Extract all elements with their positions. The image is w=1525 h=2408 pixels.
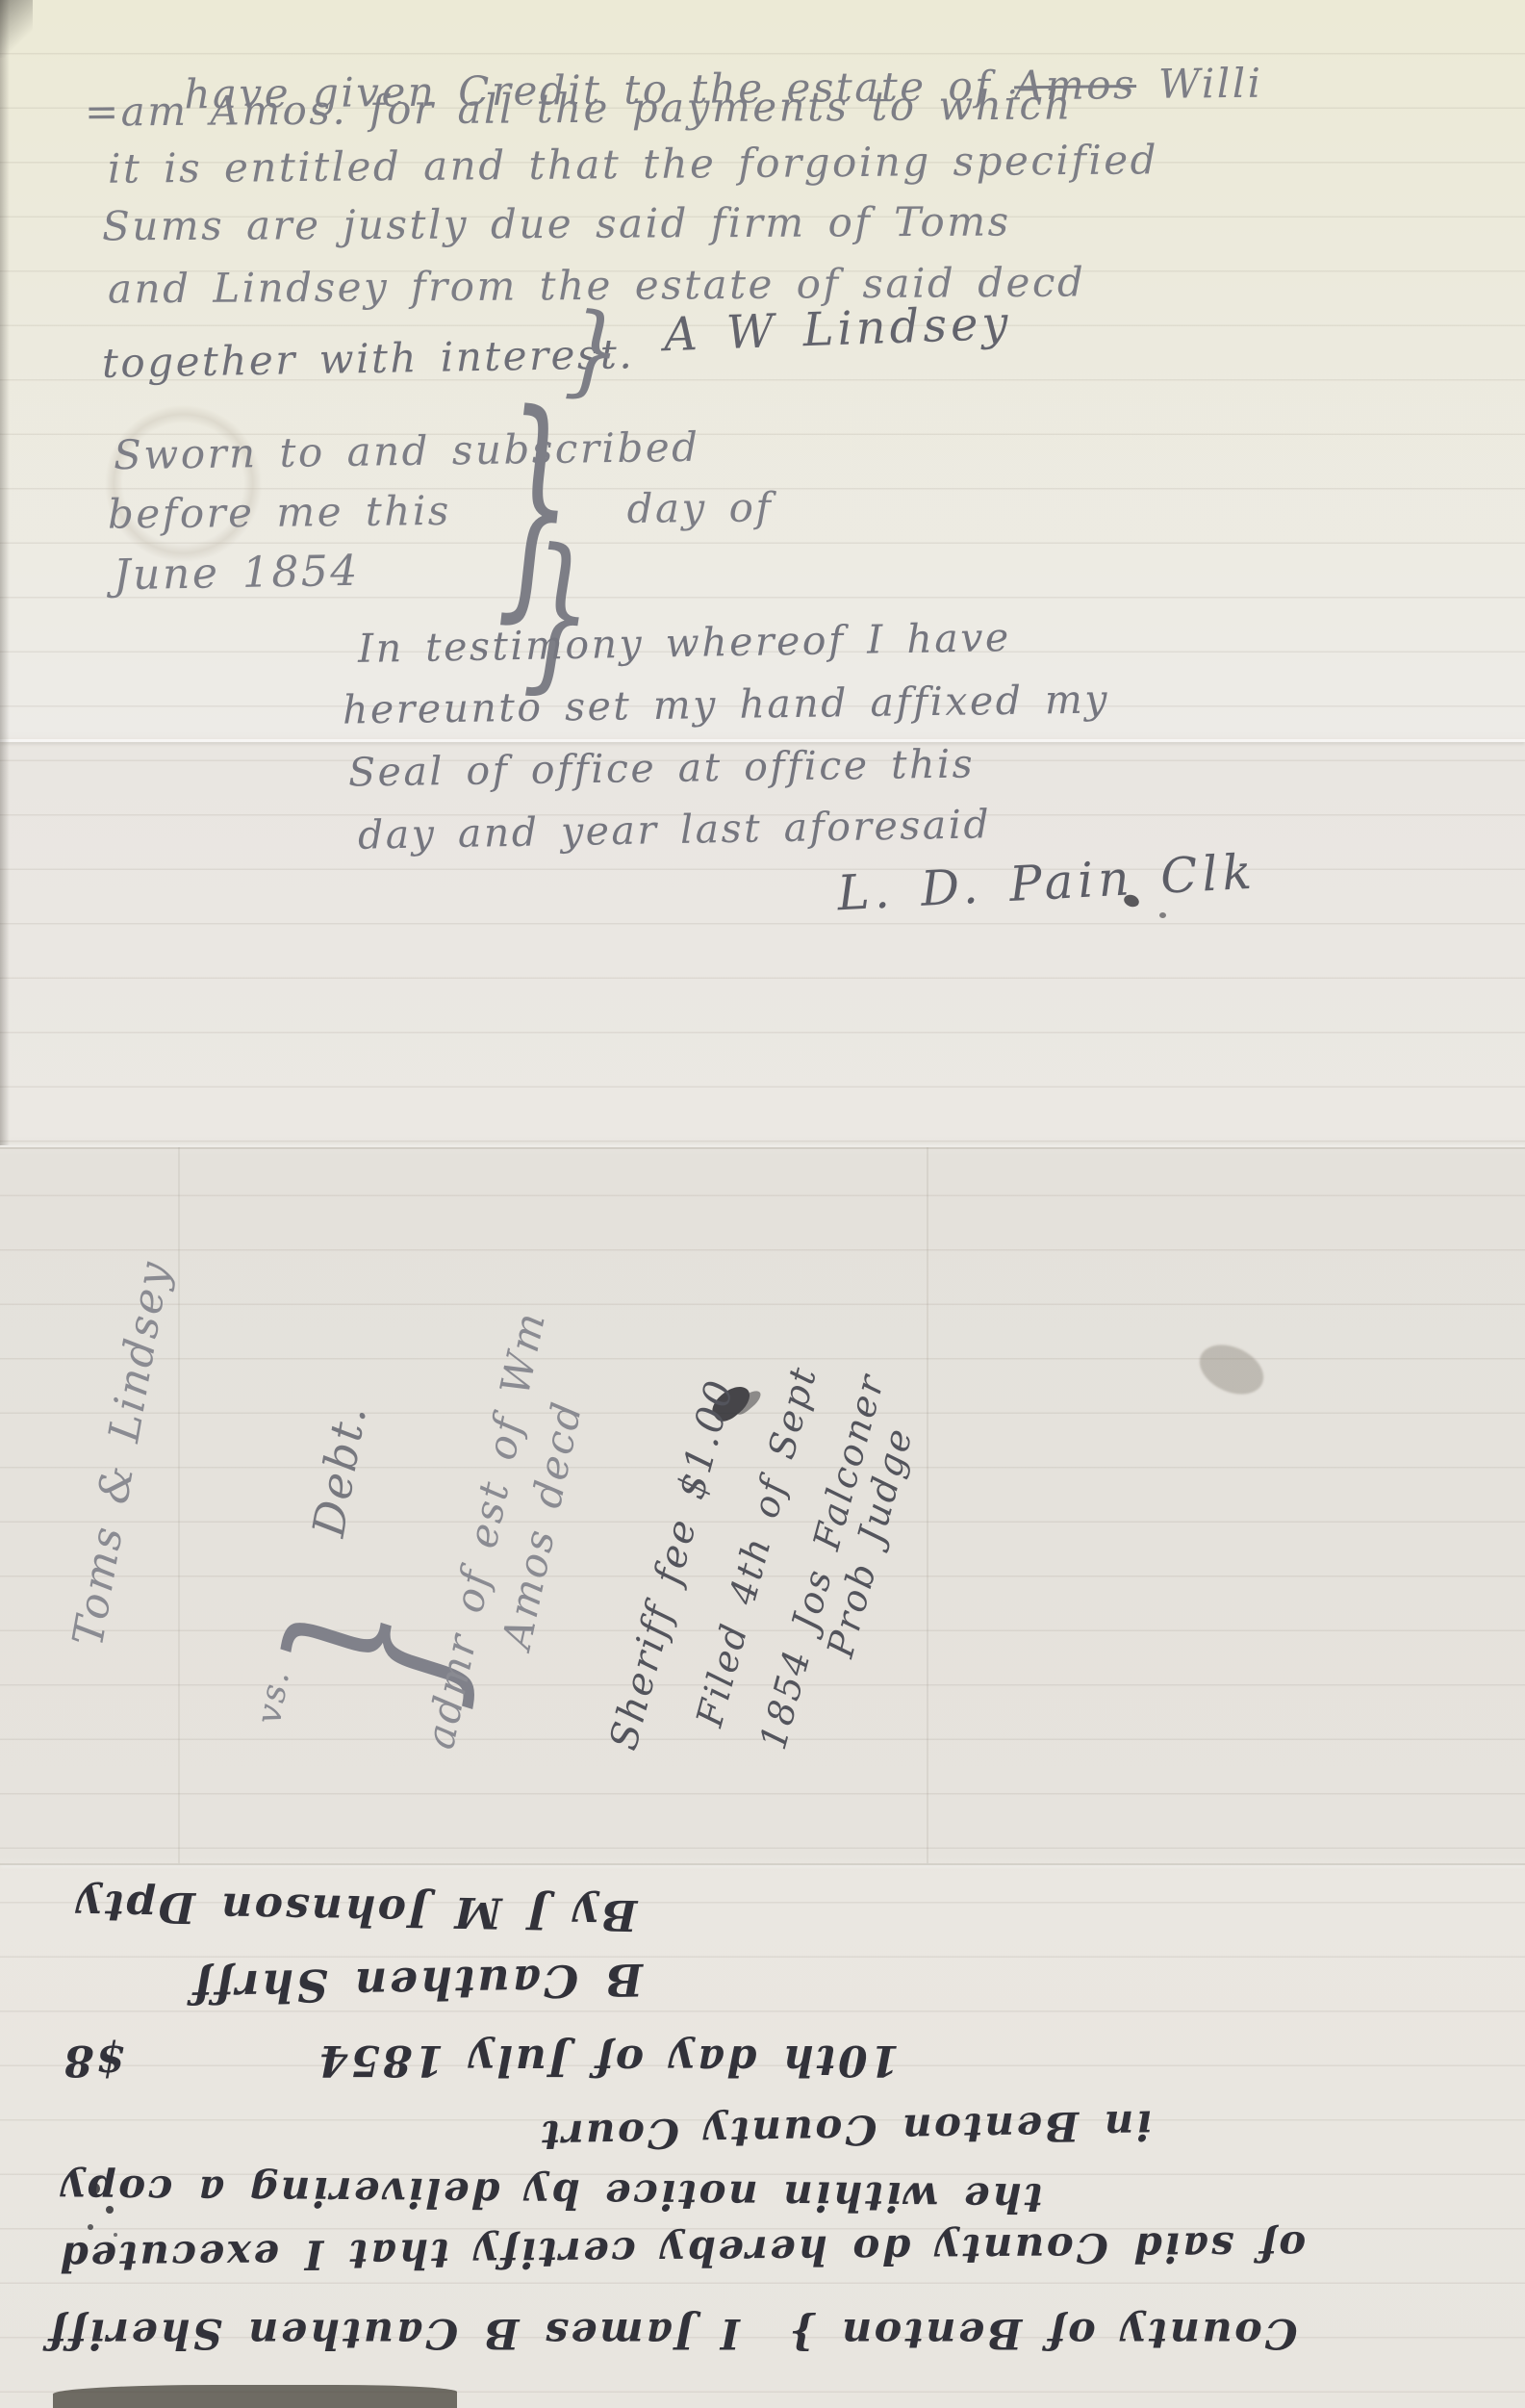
jurat-line-2: before me this day of (108, 487, 774, 534)
fold-crease-top (0, 739, 1525, 742)
scanned-document-page: have given Credit to the estate of Amos … (0, 0, 1525, 2408)
testimony-line-4: day and year last aforesaid (358, 805, 992, 855)
clerk-signature: L. D. Pain Clk (836, 848, 1258, 918)
docket-party: Toms & Lindsey (67, 1257, 177, 1650)
affidavit-line-1-post: Willi (1136, 60, 1263, 108)
ink-speck-near-signature (1159, 912, 1166, 918)
affidavit-line-4: Sums are justly due said firm of Toms (102, 202, 1011, 247)
return-certify-line: of said County do hereby certify that I … (58, 2225, 1307, 2276)
vertical-crease-right (927, 1147, 928, 1863)
testimony-line-2: hereunto set my hand affixed my (343, 679, 1110, 730)
return-deputy-signature: By J M Johnson Dpty (75, 1883, 638, 1935)
testimony-line-1: In testimony whereof I have (358, 618, 1011, 669)
return-sheriff-signature: B Cauthen Shrff (191, 1958, 644, 2010)
jurat-line-3: June 1854 (114, 551, 361, 597)
testimony-line-3: Seal of office at office this (348, 744, 976, 792)
gray-smudge-right (1192, 1335, 1272, 1403)
vertical-crease-left (178, 1147, 180, 1863)
lindsey-signature: A W Lindsey (663, 300, 1012, 359)
corner-mark-top-left (0, 0, 33, 58)
return-caption-line: County of Benton } I James B Cauthen She… (46, 2312, 1298, 2353)
fold-crease-bottom (0, 1863, 1525, 1865)
return-date-line: 10th day of July 1854 $8 (62, 2038, 900, 2081)
torn-edge-bottom (53, 2385, 457, 2408)
docket-case-type: Debt. (306, 1400, 372, 1540)
scan-edge-left (0, 0, 10, 1145)
fold-crease-middle (0, 1147, 1525, 1149)
jurat-brace-lower: } (521, 525, 597, 700)
jurat-line-1: Sworn to and subscribed (114, 427, 700, 476)
water-ring-stain (104, 399, 263, 568)
return-service-line: the within notice by delivering a copy (60, 2169, 1043, 2218)
affidavit-line-2: =am Amos. for all the payments to which (85, 85, 1073, 132)
affidavit-line-3: it is entitled and that the forgoing spe… (108, 140, 1158, 190)
return-court-line: in Benton County Court (539, 2104, 1153, 2155)
